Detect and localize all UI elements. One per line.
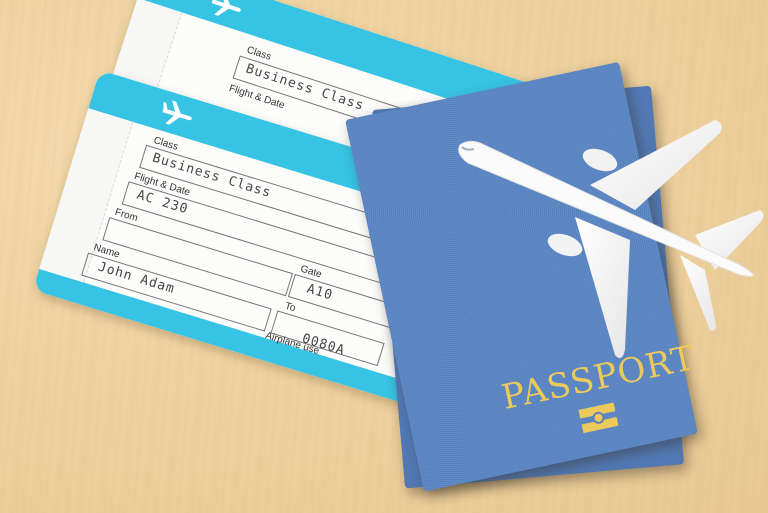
- travel-scene: Class Business Class Flight & Date Class…: [0, 0, 768, 513]
- biometric-chip-icon: [578, 402, 618, 433]
- model-airplane: [440, 105, 768, 370]
